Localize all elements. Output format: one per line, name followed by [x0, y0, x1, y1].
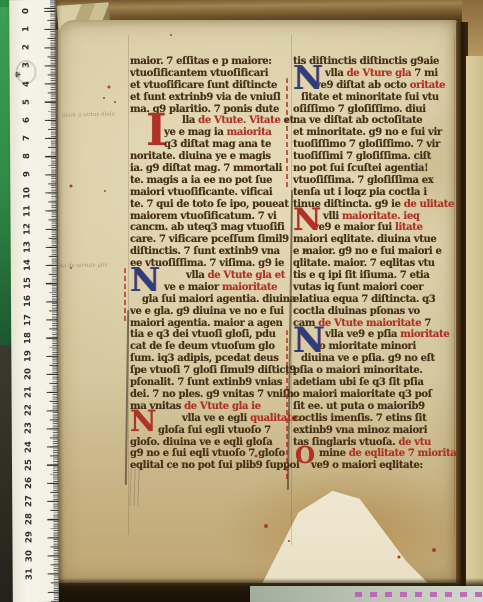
text-line: tis e q ipi ſit iſiuma. 7 etia	[293, 270, 455, 282]
text-segment: o mioritate minori	[319, 341, 416, 352]
text-segment: qlitate. maior. 7 eqlitas vtu	[293, 258, 435, 269]
ruler-number: 9	[22, 166, 32, 182]
text-line: te. 7 qui de toto ſe ipo, poueat	[130, 199, 292, 211]
ruler-number: 1	[21, 21, 31, 37]
ruler-number: 6	[22, 112, 32, 128]
rubric-text: de Vtute maioritate	[318, 318, 421, 329]
text-line: te. magis a ia ee no pot ſue	[130, 175, 292, 187]
ruler-number: 21	[24, 384, 34, 400]
text-line: maiori agentia. maior a agen	[130, 318, 292, 330]
text-column-left: maior. 7 eſſitas e p maiore:vtuoſificant…	[130, 56, 292, 472]
text-segment: oſiſſimo 7 gloſiſſimo. diui	[293, 104, 426, 115]
penwork-flourish	[124, 268, 126, 323]
text-segment: o maiori maioritate q3 poſ	[293, 389, 432, 400]
rubric-text: de eqlitate 7 mioritate	[349, 448, 467, 459]
text-line: tenſa ut i loqz pia coctla i	[293, 187, 455, 199]
illuminated-initial: N	[130, 267, 160, 293]
text-line: adetiam ubi ſe q3 ſit pſia	[293, 377, 455, 389]
text-line: e maior. g9 no e ſui maiori e	[293, 246, 455, 258]
text-segment: na ve diſtat ab octoſitate	[293, 115, 422, 126]
text-line: elatiua equa 7 diſtincta. q3	[293, 294, 455, 306]
text-segment: ve e gla. g9 diuina ve no e ſui	[130, 306, 284, 317]
illuminated-initial: N	[293, 65, 323, 91]
text-segment: ve e maior	[164, 282, 222, 293]
text-segment: vlla	[186, 270, 208, 281]
rubric-text: de ulitate	[404, 199, 454, 210]
text-segment: ye e mag ia	[164, 127, 227, 138]
text-line: tia e q3 dei vtuoſi gloſi, pdu	[130, 329, 292, 341]
rubric-text: de Vture gla	[347, 68, 412, 79]
text-segment: vlli	[323, 211, 342, 222]
text-segment: ſpe vtuoſi 7 gloſi ſimul9 diſtict9	[130, 365, 296, 376]
ruler-number: 26	[24, 475, 34, 491]
white-flecks	[58, 20, 60, 22]
text-line: ſum. iq3 adipis, pcedat deus	[130, 353, 292, 365]
rubric-text: de Vtute gla et	[208, 270, 285, 281]
text-line: tas ſinglaris vtuoſa. de vtu	[293, 437, 455, 449]
text-line: extinb9 vna minoz maiori	[293, 425, 455, 437]
manuscript-photo: uiam q uirtus diuia nota de uirtute glie…	[0, 0, 483, 602]
ruler-number: 2	[21, 39, 31, 55]
text-line: maior. 7 eſſitas e p maiore:	[130, 56, 292, 68]
text-segment: gla ſui maiori agentia. diuina	[142, 294, 296, 305]
text-segment: cat de ſe deum vtuoſum glo	[130, 341, 275, 352]
text-line: dei. 7 no ples. g9 vnitas 7 vniſh	[130, 389, 292, 401]
text-column-right: tis diſtinctis diſtinctis g9aievlla de V…	[293, 56, 455, 472]
text-segment: maior. 7 eſſitas e p maiore:	[130, 56, 272, 67]
magenta-pattern	[355, 592, 483, 597]
illuminated-initial: N	[293, 208, 321, 232]
text-line: ſit ee. ut puta o maiorib9	[293, 401, 455, 413]
text-segment: dei. 7 no ples. g9 vnitas 7 vniſh	[130, 389, 294, 400]
text-line: et minoritate. g9 no e ſui vir	[293, 127, 455, 139]
ruler-number: 10	[22, 185, 32, 201]
text-segment: extinb9 vna minoz maiori	[293, 425, 427, 436]
ruler-number: 24	[24, 439, 34, 455]
ruler-number: 0	[21, 3, 31, 19]
text-line: cancm. ab uteq3 mag vtuoſifi	[130, 222, 292, 234]
text-line: ve e gla. g9 diuina ve no e ſui	[130, 306, 292, 318]
text-segment: coctlis imenſis. 7 etins ſit	[293, 413, 426, 424]
ruler-number: 5	[22, 94, 32, 110]
text-segment: adetiam ubi ſe q3 ſit pſia	[293, 377, 424, 388]
ruler-number: 30	[25, 548, 35, 564]
ruler-number: 29	[24, 529, 34, 545]
text-line: o maiori maioritate q3 poſ	[293, 389, 455, 401]
text-segment: tia e q3 dei vtuoſi gloſi, pdu	[130, 329, 276, 340]
rubric-text: maioritate	[222, 282, 277, 293]
text-segment: vlla ve9 e pſia	[325, 329, 400, 340]
ruler-number: 16	[23, 293, 33, 309]
rubric-text: litate	[395, 222, 423, 233]
ruler-number: 11	[22, 203, 32, 219]
text-segment: et	[280, 115, 293, 126]
ruler-number: 27	[24, 493, 34, 509]
margin-annotation: uiam q uirtus diuia	[62, 111, 115, 118]
ruler-number: 4	[22, 76, 32, 92]
text-segment: pſia o maiori minoritate.	[293, 365, 422, 376]
text-segment: g9 no e ſui eqli vtuoſo 7 gloſo	[130, 448, 285, 459]
rubric-text: de vtu	[398, 437, 430, 448]
rubric-text: maiorita	[227, 127, 272, 138]
text-segment: tuoſiſſimi 7 gloſiſſima. ciſt	[293, 151, 431, 162]
text-segment: lla	[182, 115, 198, 126]
ruler-number: 25	[24, 457, 34, 473]
text-line: tuoſiſſimo 7 gloſiſſimo. 7 vir	[293, 139, 455, 151]
ruler-number: 12	[23, 221, 33, 237]
illuminated-initial: I	[146, 114, 167, 148]
text-segment: gloſa ſui egli vtuoſo 7	[158, 425, 271, 436]
ruler-number: 31	[25, 566, 35, 582]
ruler-number: 19	[23, 348, 33, 364]
ruler: ✾ 01234567891011121314151617181920212223…	[9, 0, 59, 602]
facing-page-edge	[466, 56, 483, 602]
ruler-number: 3	[22, 57, 32, 73]
text-segment: ve9 diſtat ab octo	[315, 80, 410, 91]
rubric-text: de Vtute. Vitate	[198, 115, 280, 126]
text-line: care. 7 vificare pceſſum ſimil9	[130, 234, 292, 246]
ruler-number: 20	[23, 366, 33, 382]
ruler-number: 17	[23, 312, 33, 328]
text-segment: tis e q ipi ſit iſiuma. 7 etia	[293, 270, 430, 281]
text-line: et vtuoſificare ſunt diſtincte	[130, 80, 292, 92]
text-segment: ſum. iq3 adipis, pcedat deus	[130, 353, 278, 364]
text-segment: no pot ſui ſcuſtei agentia!	[293, 163, 428, 174]
text-line: eqlital ce no pot ſui plib9 ſuppoi	[130, 460, 292, 472]
text-segment: q3 diſtat mag ana te	[164, 139, 271, 150]
text-segment: maiorem vtuoſificatum. 7 vi	[130, 211, 276, 222]
text-line: no pot ſui ſcuſtei agentia!	[293, 163, 455, 175]
illuminated-initial: N	[293, 327, 325, 354]
text-line: vtuoſiſſima. 7 gloſiſſima ex	[293, 175, 455, 187]
text-line: coctlis imenſis. 7 etins ſit	[293, 413, 455, 425]
text-line: vtuoſificantem vtuoſificari	[130, 68, 292, 80]
text-line: pſia o maiori minoritate.	[293, 365, 455, 377]
text-line: vutas iq ſunt maiori coer	[293, 282, 455, 294]
text-segment: pſonalit. 7 ſunt extinb9 vnias	[130, 377, 282, 388]
ruler-number: 13	[23, 239, 33, 255]
ruler-number: 7	[22, 130, 32, 146]
text-segment: ia. g9 diſtat mag. 7 mmortali	[130, 163, 282, 174]
text-segment: ſit ee. ut puta o maiorib9	[293, 401, 425, 412]
rubric-text: de Vtute gla ie	[184, 401, 261, 412]
text-segment: cancm. ab uteq3 mag vtuoſifi	[130, 222, 284, 233]
text-segment: et minoritate. g9 no e ſui vir	[293, 127, 442, 138]
text-segment: te. magis a ia ee no pot ſue	[130, 175, 272, 186]
rubric-text: mioritate	[400, 329, 449, 340]
ruler-number: 28	[24, 511, 34, 527]
text-line: mine de eqlitate 7 mioritate	[293, 448, 455, 460]
text-line: tuoſiſſimi 7 gloſiſſima. ciſt	[293, 151, 455, 163]
text-line: maiori vtuoſificante. vificai	[130, 187, 292, 199]
text-segment: vlla	[325, 68, 347, 79]
text-segment: care. 7 vificare pceſſum ſimil9	[130, 234, 289, 245]
text-segment: coctla diuinas pſonas vo	[293, 306, 420, 317]
illuminated-initial: O	[295, 447, 315, 465]
ink-smudge	[129, 468, 140, 506]
text-segment: tuoſiſſimo 7 gloſiſſimo. 7 vir	[293, 139, 440, 150]
text-line: coctla diuinas pſonas vo	[293, 306, 455, 318]
text-line: na ve diſtat ab octoſitate	[293, 115, 455, 127]
text-segment: eqlital ce no pot ſui plib9 ſuppoi	[130, 460, 299, 471]
illuminated-initial: N	[130, 410, 157, 433]
ruler-number: 18	[23, 330, 33, 346]
text-segment: ve9 o maiori eqlitate:	[311, 460, 423, 471]
text-line: ve9 o maiori eqlitate:	[293, 460, 455, 472]
rubric-text: oritate	[410, 80, 445, 91]
ruler-number: 15	[23, 275, 33, 291]
text-line: maiorem vtuoſificatum. 7 vi	[130, 211, 292, 223]
text-segment: te. 7 qui de toto ſe ipo, poueat	[130, 199, 289, 210]
text-segment: 7 mi	[411, 68, 438, 79]
text-line: cat de ſe deum vtuoſum glo	[130, 341, 292, 353]
text-line: g9 no e ſui eqli vtuoſo 7 gloſo	[130, 448, 292, 460]
text-segment: vutas iq ſunt maiori coer	[293, 282, 423, 293]
margin-annotation: nota de uirtute glie	[54, 262, 108, 269]
text-line: oſiſſimo 7 gloſiſſimo. diui	[293, 104, 455, 116]
text-segment: ve9 e maior ſui	[313, 222, 395, 233]
ruler-number: 22	[24, 402, 34, 418]
text-segment: vtuoſificantem vtuoſificari	[130, 68, 268, 79]
text-line: qlitate. maior. 7 eqlitas vtu	[293, 258, 455, 270]
text-segment: e maior. g9 no e ſui maiori e	[293, 246, 442, 257]
text-line: ia. g9 diſtat mag. 7 mmortali	[130, 163, 292, 175]
text-line: pſonalit. 7 ſunt extinb9 vnias	[130, 377, 292, 389]
text-segment: mine	[319, 448, 349, 459]
text-segment: elatiua equa 7 diſtincta. q3	[293, 294, 435, 305]
ruler-number: 14	[23, 257, 33, 273]
text-segment: tenſa ut i loqz pia coctla i	[293, 187, 427, 198]
text-line: et ſunt extrinb9 via de vniuſl	[130, 92, 292, 104]
ruling-line	[128, 35, 129, 535]
text-line: diſtinctis. 7 ſunt extinb9 vna	[130, 246, 292, 258]
text-line: gloſo. diuina ve e eqli gloſa	[130, 437, 292, 449]
text-segment: et vtuoſificare ſunt diſtincte	[130, 80, 277, 91]
rubric-text: maioritate. ieq	[342, 211, 420, 222]
ruler-number: 8	[22, 148, 32, 164]
text-segment: diſtinctis. 7 ſunt extinb9 vna	[130, 246, 280, 257]
text-segment: maiori agentia. maior a agen	[130, 318, 283, 329]
text-segment: et ſunt extrinb9 via de vniuſl	[130, 92, 280, 103]
text-segment: gloſo. diuina ve e eqli gloſa	[130, 437, 272, 448]
text-segment: vtuoſiſſima. 7 gloſiſſima ex	[293, 175, 433, 186]
text-line: ſpe vtuoſi 7 gloſi ſimul9 diſtict9	[130, 365, 292, 377]
text-segment: 7	[421, 318, 431, 329]
text-segment: vlla ve e egli	[182, 413, 250, 424]
text-segment: maiori vtuoſificante. vificai	[130, 187, 272, 198]
ruler-number: 23	[24, 420, 34, 436]
